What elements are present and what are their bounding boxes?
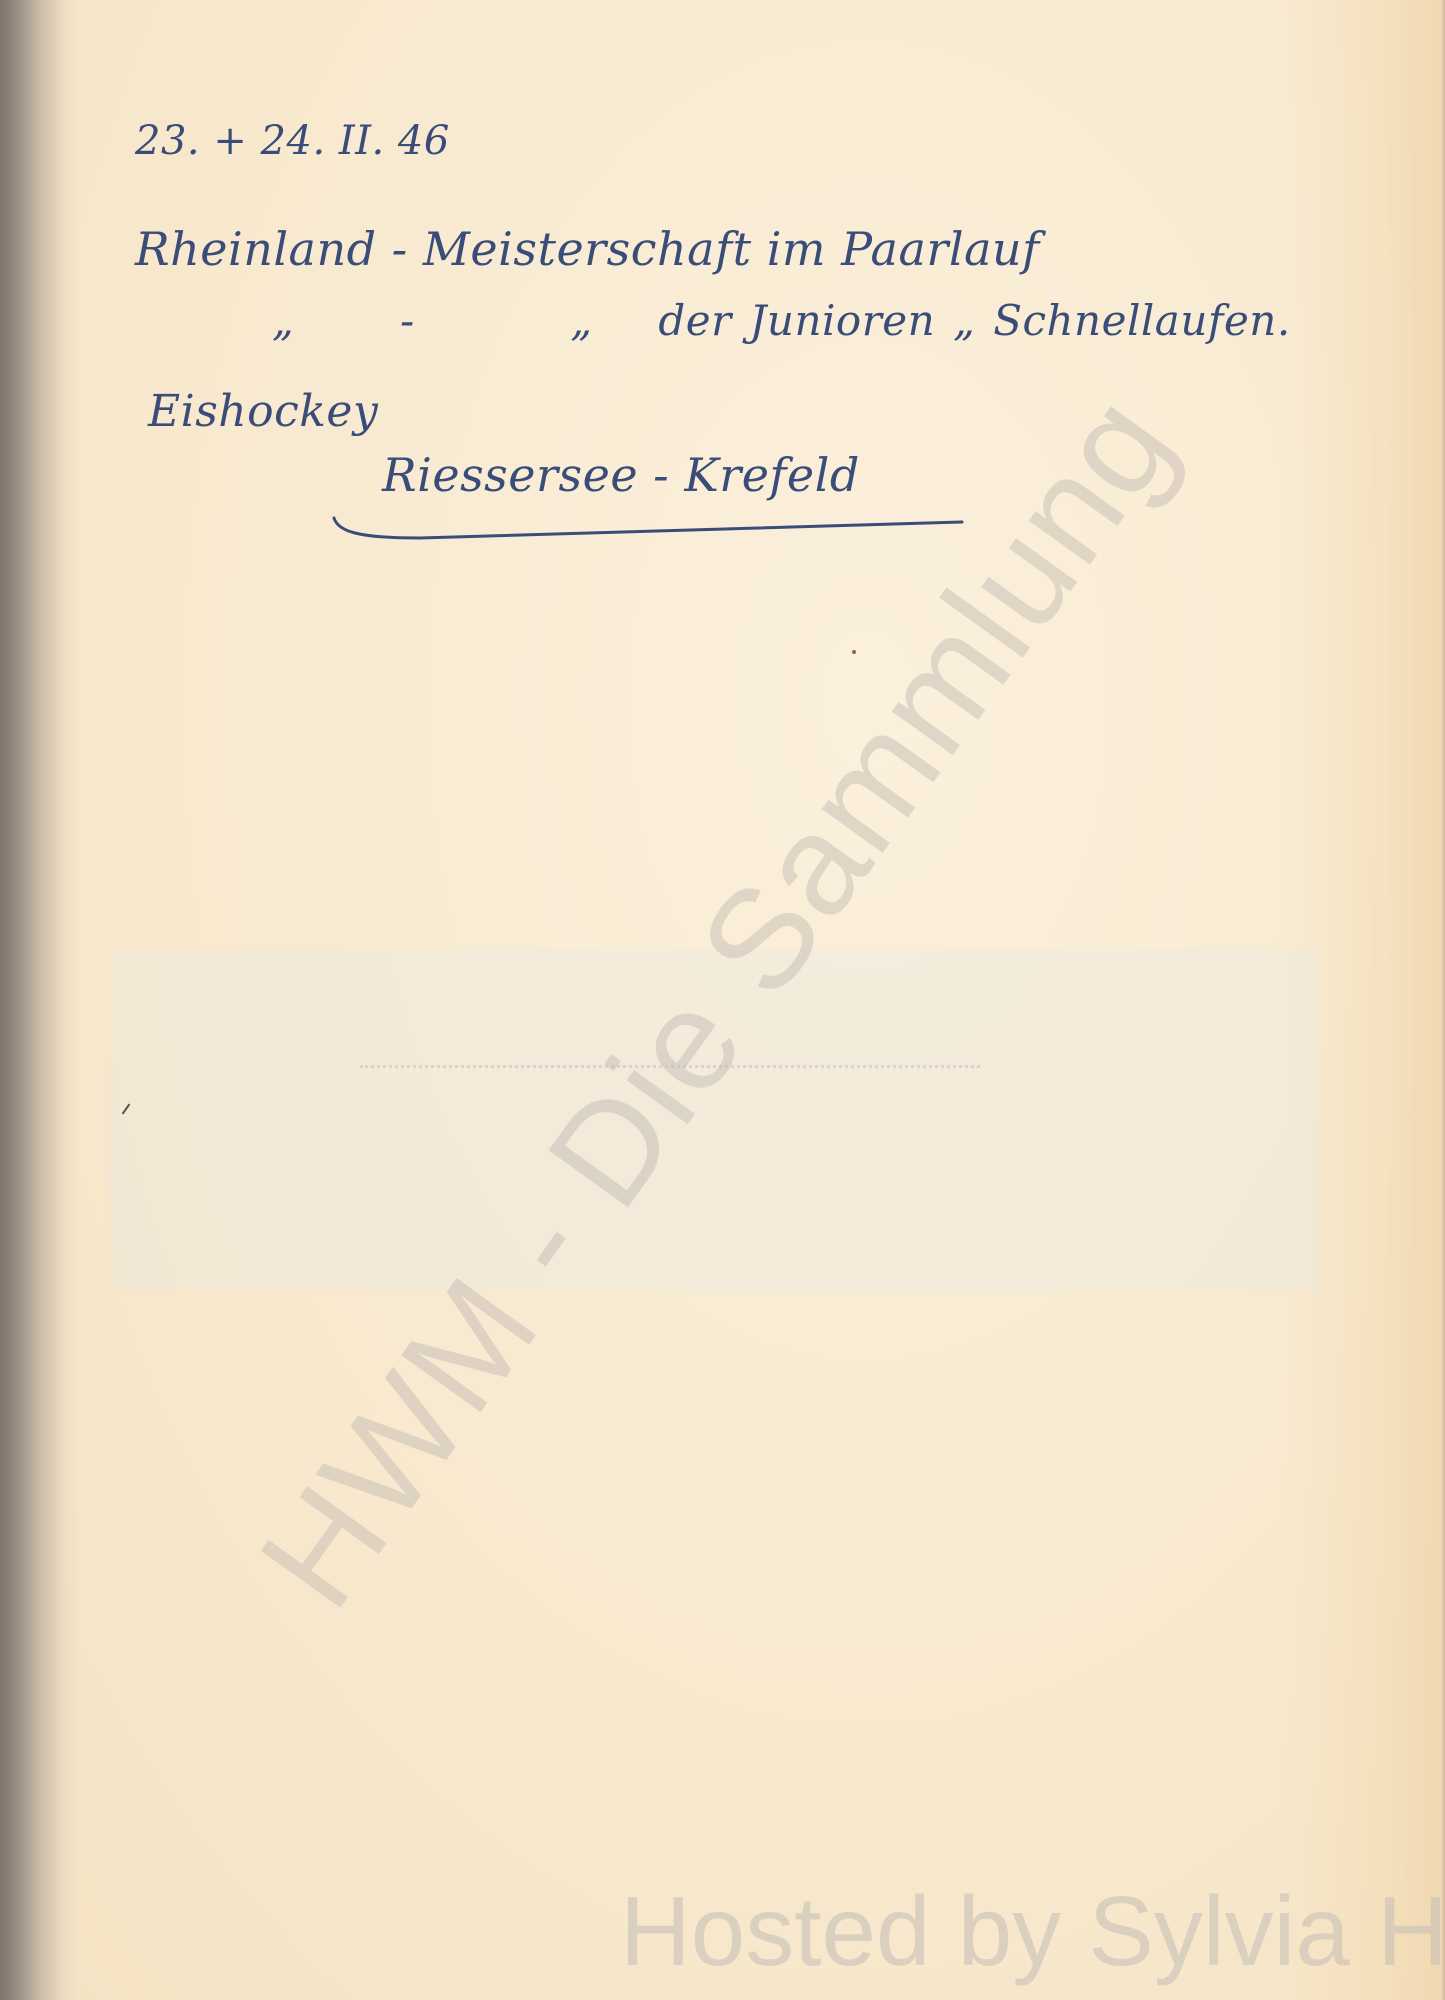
- handwritten-underline: [330, 510, 970, 550]
- ditto-mark: „: [570, 296, 592, 345]
- ditto-mark: „: [953, 296, 975, 345]
- handwritten-date: 23. + 24. II. 46: [135, 118, 450, 164]
- handwritten-line-rheinland-meisterschaft: Rheinland - Meisterschaft im Paarlauf: [135, 222, 1040, 276]
- ditto-dash: -: [400, 296, 415, 345]
- ditto-mark: „: [272, 296, 294, 345]
- text-der-junioren: der Junioren: [658, 296, 935, 345]
- handwritten-eishockey: Eishockey: [148, 386, 378, 437]
- paper-spot: [852, 650, 856, 654]
- hosted-by-watermark: Hosted by Sylvia Heimes: [620, 1882, 1445, 1980]
- album-page: 23. + 24. II. 46 Rheinland - Meisterscha…: [0, 0, 1445, 2000]
- text-schnellaufen: Schnellaufen.: [993, 296, 1291, 345]
- handwritten-match-riessersee-krefeld: Riessersee - Krefeld: [382, 448, 860, 502]
- handwritten-line-junioren: „ - „ der Junioren „ Schnellaufen.: [272, 296, 1291, 345]
